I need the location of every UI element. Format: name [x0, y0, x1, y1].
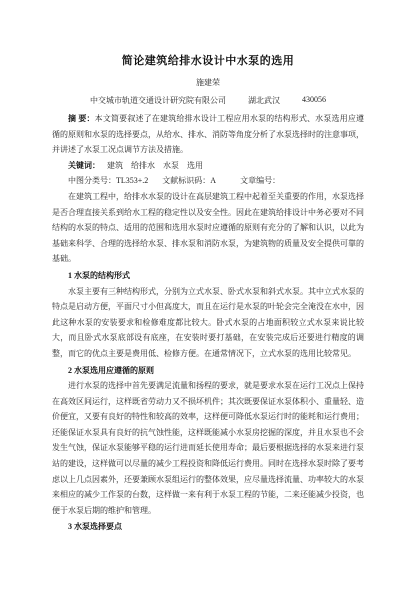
article-id-label: 文章编号：: [240, 176, 280, 185]
keywords-row: 关键词：建筑 给排水 水泵 选用: [52, 158, 364, 174]
section-1-body: 水泵主要有三种结构形式，分别为立式水泵、卧式水泵和斜式水泵。其中立式水泵的特点是…: [52, 284, 364, 362]
document-page: 简论建筑给排水设计中水泵的选用 施建荣 中交城市轨道交通设计研究院有限公司 湖北…: [0, 0, 417, 590]
paper-body: 摘 要：本文简要叙述了在建筑给排水设计工程应用水泵的结构形式、水泵选用应遵循的原…: [52, 111, 364, 535]
paper-title: 简论建筑给排水设计中水泵的选用: [52, 52, 364, 68]
section-3-heading: 3 水泵选择要点: [52, 519, 364, 535]
abstract-text: 本文简要叙述了在建筑给排水设计工程应用水泵的结构形式、水泵选用应遵循的原则和水泵…: [52, 114, 364, 154]
abstract-label: 摘 要：: [68, 114, 95, 123]
section-2-body: 进行水泵的选择中首先要满足流量和扬程的要求，就是要求水泵在运行工况点上保持在高效…: [52, 378, 364, 518]
doc-code-label: 文献标识码：: [162, 176, 210, 185]
keywords-label: 关键词：: [68, 161, 100, 170]
affiliation-city: 湖北武汉: [248, 95, 280, 106]
clc-label: 中图分类号：: [68, 176, 116, 185]
doc-code-value: A: [210, 176, 216, 185]
intro-paragraph: 在建筑工程中，给排水水泵的设计在高层建筑工程中起着至关重要的作用，水泵选择是否合…: [52, 189, 364, 267]
author-name: 施建荣: [52, 77, 364, 88]
section-2-heading: 2 水泵选用应遵循的原则: [52, 363, 364, 379]
classification-row: 中图分类号：TL353+.2文献标识码：A文章编号：: [52, 173, 364, 189]
clc-value: TL353+.2: [116, 176, 148, 185]
abstract-paragraph: 摘 要：本文简要叙述了在建筑给排水设计工程应用水泵的结构形式、水泵选用应遵循的原…: [52, 111, 364, 158]
affiliation-line: 中交城市轨道交通设计研究院有限公司 湖北武汉 430056: [52, 95, 364, 106]
affiliation-postcode: 430056: [302, 95, 326, 106]
section-1-heading: 1 水泵的结构形式: [52, 268, 364, 284]
affiliation-org: 中交城市轨道交通设计研究院有限公司: [90, 95, 226, 106]
keywords-text: 建筑 给排水 水泵 选用: [107, 161, 203, 170]
